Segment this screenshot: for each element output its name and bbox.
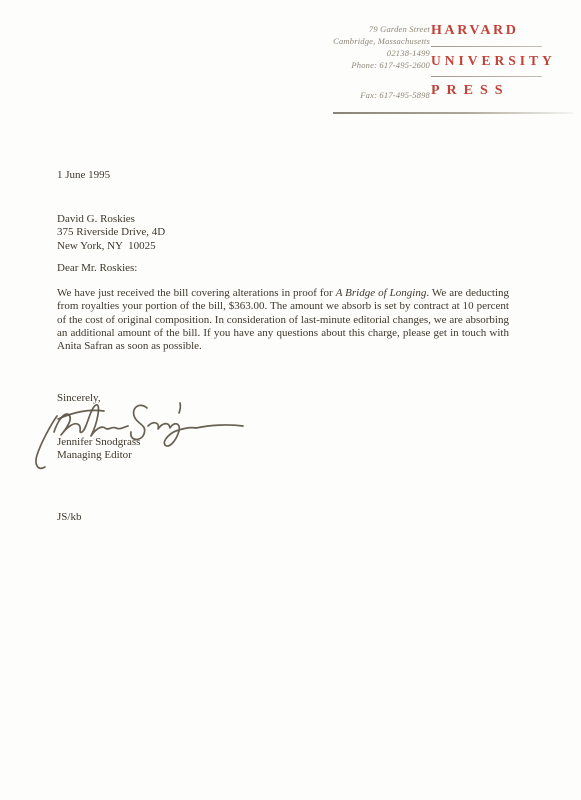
letterhead-address: 79 Garden Street Cambridge, Massachusett…: [333, 23, 430, 71]
letterhead-city: Cambridge, Massachusetts: [333, 35, 430, 47]
recipient-street: 375 Riverside Drive, 4D: [57, 226, 165, 239]
signature-name: Jennifer Snodgrass: [57, 436, 140, 449]
harvard-university-press-logo: HARVARD UNIVERSITY PRESS: [431, 24, 557, 98]
logo-word-press: PRESS: [431, 84, 557, 98]
letterhead-fax: Fax: 617-495-5898: [360, 90, 430, 100]
letterhead-street: 79 Garden Street: [333, 23, 430, 35]
letterhead-phone: Phone: 617-495-2600: [333, 59, 430, 71]
typist-initials: JS/kb: [57, 511, 81, 524]
letterhead-rule: [333, 112, 573, 114]
signature-title: Managing Editor: [57, 449, 132, 462]
closing: Sincerely,: [57, 392, 101, 405]
logo-word-university: UNIVERSITY: [431, 54, 557, 68]
logo-divider: [431, 76, 542, 77]
recipient-city: New York, NY 10025: [57, 240, 165, 253]
logo-word-harvard: HARVARD: [431, 24, 557, 38]
letter-page: 79 Garden Street Cambridge, Massachusett…: [0, 0, 581, 800]
recipient-name: David G. Roskies: [57, 213, 165, 226]
book-title: A Bridge of Longing: [336, 287, 427, 299]
letterhead-zip: 02138-1499: [333, 47, 430, 59]
salutation: Dear Mr. Roskies:: [57, 262, 137, 275]
letter-body-paragraph: We have just received the bill covering …: [57, 287, 509, 353]
recipient-address: David G. Roskies 375 Riverside Drive, 4D…: [57, 213, 165, 253]
letter-date: 1 June 1995: [57, 169, 110, 182]
body-text-before-title: We have just received the bill covering …: [57, 287, 336, 299]
logo-divider: [431, 46, 542, 47]
